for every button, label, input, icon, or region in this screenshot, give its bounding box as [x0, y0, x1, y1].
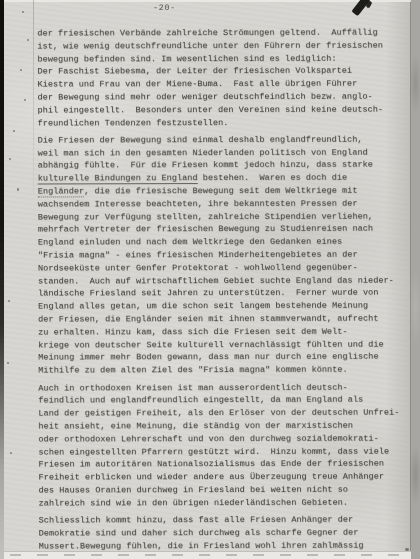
text-segment: standen. Auch auf wirtschaftlichem Gebie… [38, 275, 394, 286]
scan-speck [17, 188, 19, 191]
text-segment: ist, wie wenig deutschfreundliche unter … [37, 40, 383, 51]
text-line: Der Faschist Siebesma, der Leiter der fr… [37, 65, 407, 79]
text-segment: Die Friesen der Bewegung sind einmal des… [38, 135, 363, 146]
text-segment: England alles getan, um die schon seit l… [38, 301, 368, 312]
text-line: Bewegung zur Verfügung stellten, zahlrei… [38, 210, 408, 224]
text-line: Friesen im autoritären Nationalsozialism… [38, 458, 408, 472]
text-segment: heit ansieht, eine Meinung, die ständig … [38, 421, 353, 432]
text-segment: freundlichen Tendenzen festzustellen. [38, 118, 229, 128]
text-segment: schen eingestellten Pfarrern gestützt wi… [38, 446, 389, 457]
text-segment: phil eingestellt. Besonders unter den Ve… [38, 104, 384, 115]
text-segment: oder orthodoxen Lehrerschaft und von den… [38, 433, 378, 444]
text-line: Demokratie sind und daher sich durchweg … [39, 526, 409, 540]
text-segment: Meinung immer mehr Boden gewann, dass ma… [38, 352, 378, 363]
text-segment: bewegung befinden sind. Im wesentlichen … [37, 53, 336, 64]
text-line: "Frisia magna" - eines friesischen Minde… [38, 249, 408, 263]
text-segment: Nordseeküste unter Genfer Protektorat - … [38, 262, 358, 273]
margin-crease [33, 0, 34, 195]
text-line: phil eingestellt. Besonders unter den Ve… [38, 103, 408, 117]
text-line: heit ansieht, eine Meinung, die ständig … [38, 419, 408, 433]
text-segment: Schliesslich kommt hinzu, dass fast alle… [39, 515, 354, 526]
paragraph: der friesischen Verbände zahlreiche Strö… [37, 27, 407, 130]
text-segment: der Bewegung sind mehr oder weniger deut… [37, 92, 372, 103]
text-line: zu erhalten. Hinzu kam, dass sich die Fr… [38, 325, 408, 339]
text-segment: des Hauses Oranien durchweg in Friesland… [39, 485, 348, 496]
scan-speck [10, 452, 12, 454]
text-line: ist, wie wenig deutschfreundliche unter … [37, 39, 407, 53]
text-line: der Bewegung sind mehr oder weniger deut… [37, 91, 407, 105]
text-line: freundlichen Tendenzen festzustellen. [38, 116, 408, 130]
scan-speck [22, 11, 24, 13]
text-line: mehrfach Vertreter der friesischen Beweg… [38, 223, 408, 237]
cutoff-text-artifact [10, 554, 405, 556]
text-segment: kriege von deutscher Seite kulturell ver… [38, 339, 384, 350]
text-segment: , die die friesische Bewegung seit dem W… [84, 186, 357, 197]
text-segment: abhängig fühlte. Für die Friesen kommt j… [38, 160, 373, 171]
text-line: Land der geistigen Freiheit, als den Erl… [38, 407, 408, 421]
text-line: Engländer, die die friesische Bewegung s… [38, 185, 408, 199]
text-line: weil man sich in den gesamten Niederland… [38, 146, 408, 160]
text-segment: wachsendem Interesse beachteten, ihre be… [38, 199, 358, 210]
scan-speck [7, 362, 9, 364]
text-line: der friesischen Verbände zahlreiche Strö… [37, 27, 407, 41]
text-line: Schliesslich kommt hinzu, dass fast alle… [39, 513, 409, 527]
text-line: Meinung immer mehr Boden gewann, dass ma… [38, 351, 408, 365]
text-line: England alles getan, um die schon seit l… [38, 300, 408, 314]
text-segment: bestehen. Waren es doch die [198, 173, 348, 183]
text-line: Nordseeküste unter Genfer Protektorat - … [38, 261, 408, 275]
text-line: Die Friesen der Bewegung sind einmal des… [38, 133, 408, 147]
scan-speck [27, 39, 29, 41]
text-line: oder orthodoxen Lehrerschaft und von den… [38, 432, 408, 446]
scan-edge-bottom [4, 551, 411, 559]
text-segment: Mussert.Bewegung fühlen, die in Frieslan… [39, 540, 364, 551]
text-segment: Bewegung zur Verfügung stellten, zahlrei… [38, 211, 373, 222]
text-segment: Freiheit erblicken und wieder andere aus… [38, 472, 384, 483]
paragraph: Die Friesen der Bewegung sind einmal des… [38, 133, 409, 377]
text-line: des Hauses Oranien durchweg in Friesland… [39, 483, 409, 497]
text-segment: feindlich und englandfreundlich eingeste… [38, 395, 363, 406]
text-segment: Demokratie sind und daher sich durchweg … [39, 527, 359, 538]
text-line: Kiestra und Frau van der Miene-Buma. Fas… [37, 78, 407, 92]
scan-speck [9, 158, 11, 160]
text-line: feindlich und englandfreundlich eingeste… [38, 394, 408, 408]
text-line: kriege von deutscher Seite kulturell ver… [38, 338, 408, 352]
paragraph: Auch in orthodoxen Kreisen ist man ausse… [38, 381, 408, 510]
text-segment: ländische Friesland seit Jahren zu unter… [38, 288, 378, 299]
text-segment: zahlreich sind wie in den übrigen nieder… [39, 497, 348, 508]
text-line: der Friesen, die Engländer seien mit ihn… [38, 313, 408, 327]
text-segment: Mithilfe zu dem alten Ziel des "Frisia m… [38, 365, 347, 376]
text-segment: der Friesen, die Engländer seien mit ihn… [38, 314, 378, 325]
text-line: abhängig fühlte. Für die Friesen kommt j… [38, 159, 408, 173]
scan-edge-top [4, 0, 411, 2]
text-line: Mithilfe zu dem alten Ziel des "Frisia m… [38, 364, 408, 378]
paragraph: Schliesslich kommt hinzu, dass fast alle… [39, 513, 409, 552]
typed-text: der friesischen Verbände zahlreiche Strö… [37, 27, 408, 558]
text-line: kulturelle Bindungen zu England bestehen… [38, 172, 408, 186]
text-line: Freiheit erblicken und wieder andere aus… [38, 471, 408, 485]
text-line: standen. Auch auf wirtschaftlichem Gebie… [38, 274, 408, 288]
underlined-text: Engländer [38, 186, 84, 197]
text-line: zahlreich sind wie in den übrigen nieder… [39, 496, 409, 510]
text-segment: England einluden und nach dem Weltkriege… [38, 237, 342, 248]
scan-speck [20, 69, 22, 71]
text-line: ländische Friesland seit Jahren zu unter… [38, 287, 408, 301]
text-segment: "Frisia magna" - eines friesischen Minde… [38, 250, 358, 261]
text-line: Auch in orthodoxen Kreisen ist man ausse… [38, 381, 408, 395]
text-segment: der friesischen Verbände zahlreiche Strö… [37, 28, 377, 39]
text-segment: Land der geistigen Freiheit, als den Erl… [38, 408, 399, 419]
scan-speck [13, 130, 15, 132]
text-segment: Der Faschist Siebesma, der Leiter der fr… [37, 66, 352, 77]
text-segment: weil man sich in den gesamten Niederland… [38, 147, 368, 158]
scanned-document-photo: -20- der friesischen Verbände zahlreiche… [0, 0, 420, 559]
text-line: schen eingestellten Pfarrern gestützt wi… [38, 445, 408, 459]
underlined-text: kulturelle Bindungen zu England [38, 173, 198, 184]
text-segment: zu erhalten. Hinzu kam, dass sich die Fr… [38, 327, 347, 338]
text-segment: Auch in orthodoxen Kreisen ist man ausse… [38, 382, 347, 393]
scan-speck [24, 99, 26, 101]
page-number: -20- [153, 3, 176, 13]
text-segment: Kiestra und Frau van der Miene-Buma. Fas… [37, 79, 357, 90]
scan-speck [8, 300, 10, 302]
text-segment: Friesen im autoritären Nationalsozialism… [38, 459, 384, 470]
text-line: England einluden und nach dem Weltkriege… [38, 236, 408, 250]
text-line: wachsendem Interesse beachteten, ihre be… [38, 197, 408, 211]
text-line: bewegung befinden sind. Im wesentlichen … [37, 52, 407, 66]
scan-edge-right-band [410, 0, 420, 559]
text-segment: mehrfach Vertreter der friesischen Beweg… [38, 224, 373, 235]
scan-border-left [0, 0, 4, 559]
